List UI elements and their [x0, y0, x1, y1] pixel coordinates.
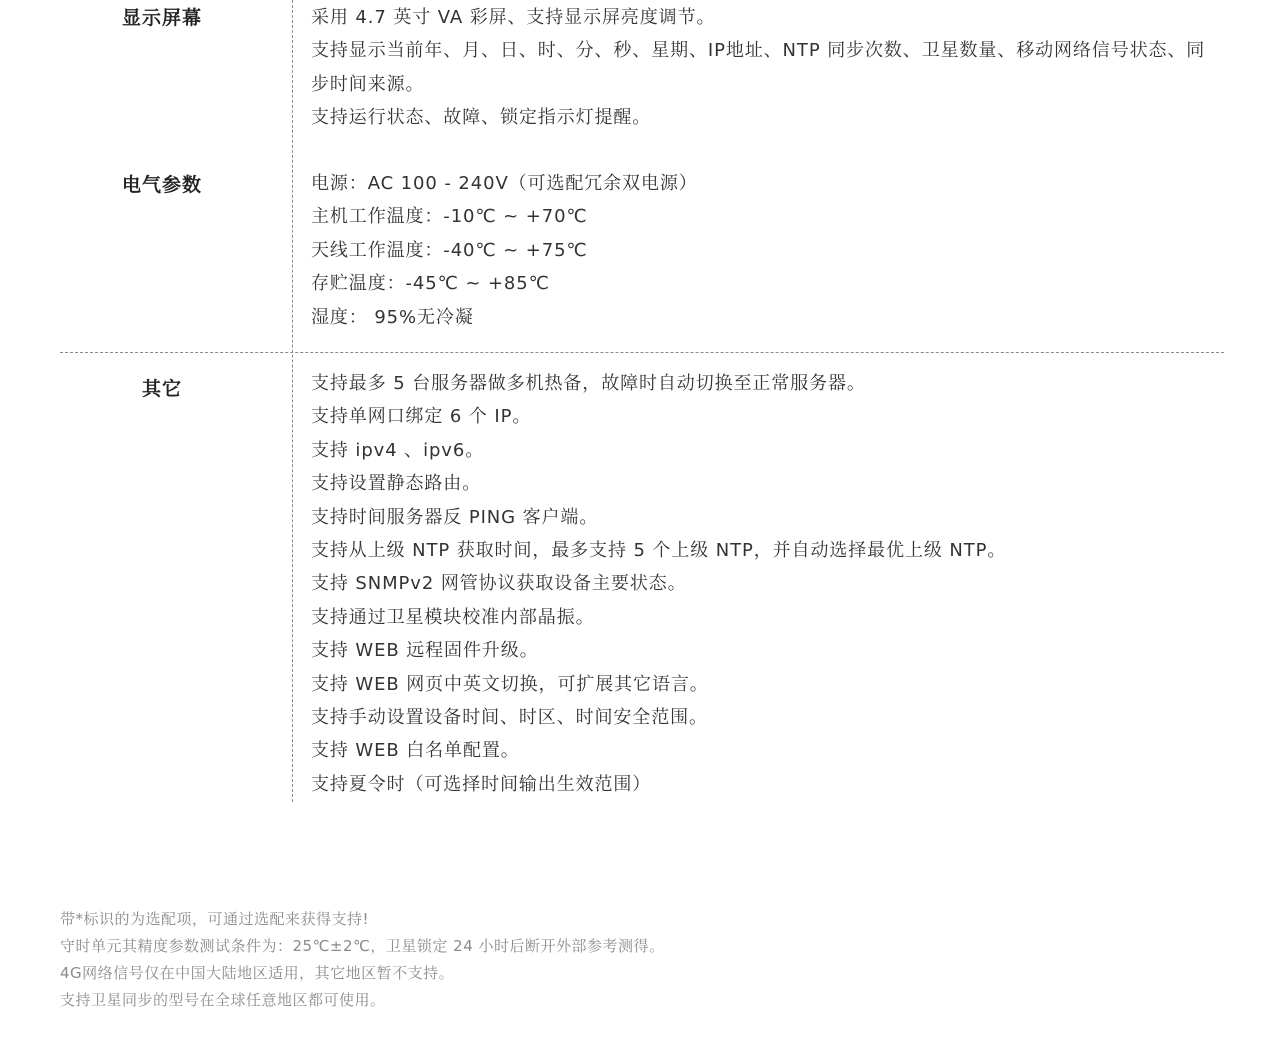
footnotes: 带*标识的为选配项，可通过选配来获得支持! 守时单元其精度参数测试条件为：25℃… — [60, 906, 665, 1014]
spec-line: 支持设置静态路由。 — [311, 467, 1231, 500]
spec-line: 电源：AC 100 - 240V（可选配冗余双电源） — [311, 167, 1231, 200]
vertical-dashed-divider — [292, 0, 293, 802]
footnote: 带*标识的为选配项，可通过选配来获得支持! — [60, 906, 665, 933]
spec-line: 支持 ipv4 、ipv6。 — [311, 434, 1231, 467]
spec-list-display: 采用 4.7 英寸 VA 彩屏、支持显示屏亮度调节。 支持显示当前年、月、日、时… — [311, 1, 1231, 135]
spec-line: 支持从上级 NTP 获取时间，最多支持 5 个上级 NTP，并自动选择最优上级 … — [311, 534, 1231, 567]
footnote: 4G网络信号仅在中国大陆地区适用，其它地区暂不支持。 — [60, 960, 665, 987]
spec-line: 支持运行状态、故障、锁定指示灯提醒。 — [311, 101, 1231, 134]
horizontal-dashed-divider — [60, 352, 1224, 353]
spec-list-electrical: 电源：AC 100 - 240V（可选配冗余双电源） 主机工作温度：-10℃ ~… — [311, 167, 1231, 334]
spec-line: 支持显示当前年、月、日、时、分、秒、星期、IP地址、NTP 同步次数、卫星数量、… — [311, 34, 1211, 101]
spec-line: 支持最多 5 台服务器做多机热备，故障时自动切换至正常服务器。 — [311, 367, 1231, 400]
section-title-electrical: 电气参数 — [60, 169, 264, 202]
spec-line: 采用 4.7 英寸 VA 彩屏、支持显示屏亮度调节。 — [311, 1, 1231, 34]
spec-line: 存贮温度：-45℃ ~ +85℃ — [311, 267, 1231, 300]
spec-line: 湿度： 95%无冷凝 — [311, 301, 1231, 334]
section-title-other: 其它 — [60, 373, 264, 406]
spec-line: 主机工作温度：-10℃ ~ +70℃ — [311, 200, 1231, 233]
spec-line: 支持 WEB 远程固件升级。 — [311, 634, 1231, 667]
spec-line: 支持通过卫星模块校准内部晶振。 — [311, 601, 1231, 634]
spec-line: 支持 WEB 白名单配置。 — [311, 734, 1231, 767]
footnote: 支持卫星同步的型号在全球任意地区都可使用。 — [60, 987, 665, 1014]
spec-line: 支持时间服务器反 PING 客户端。 — [311, 501, 1231, 534]
spec-line: 支持夏令时（可选择时间输出生效范围） — [311, 768, 1231, 801]
footnote: 守时单元其精度参数测试条件为：25℃±2℃，卫星锁定 24 小时后断开外部参考测… — [60, 933, 665, 960]
spec-line: 支持单网口绑定 6 个 IP。 — [311, 400, 1231, 433]
spec-line: 支持 WEB 网页中英文切换，可扩展其它语言。 — [311, 668, 1231, 701]
spec-line: 支持 SNMPv2 网管协议获取设备主要状态。 — [311, 567, 1231, 600]
spec-line: 支持手动设置设备时间、时区、时间安全范围。 — [311, 701, 1231, 734]
spec-list-other: 支持最多 5 台服务器做多机热备，故障时自动切换至正常服务器。 支持单网口绑定 … — [311, 367, 1231, 801]
section-title-display: 显示屏幕 — [60, 2, 264, 35]
spec-line: 天线工作温度：-40℃ ~ +75℃ — [311, 234, 1231, 267]
